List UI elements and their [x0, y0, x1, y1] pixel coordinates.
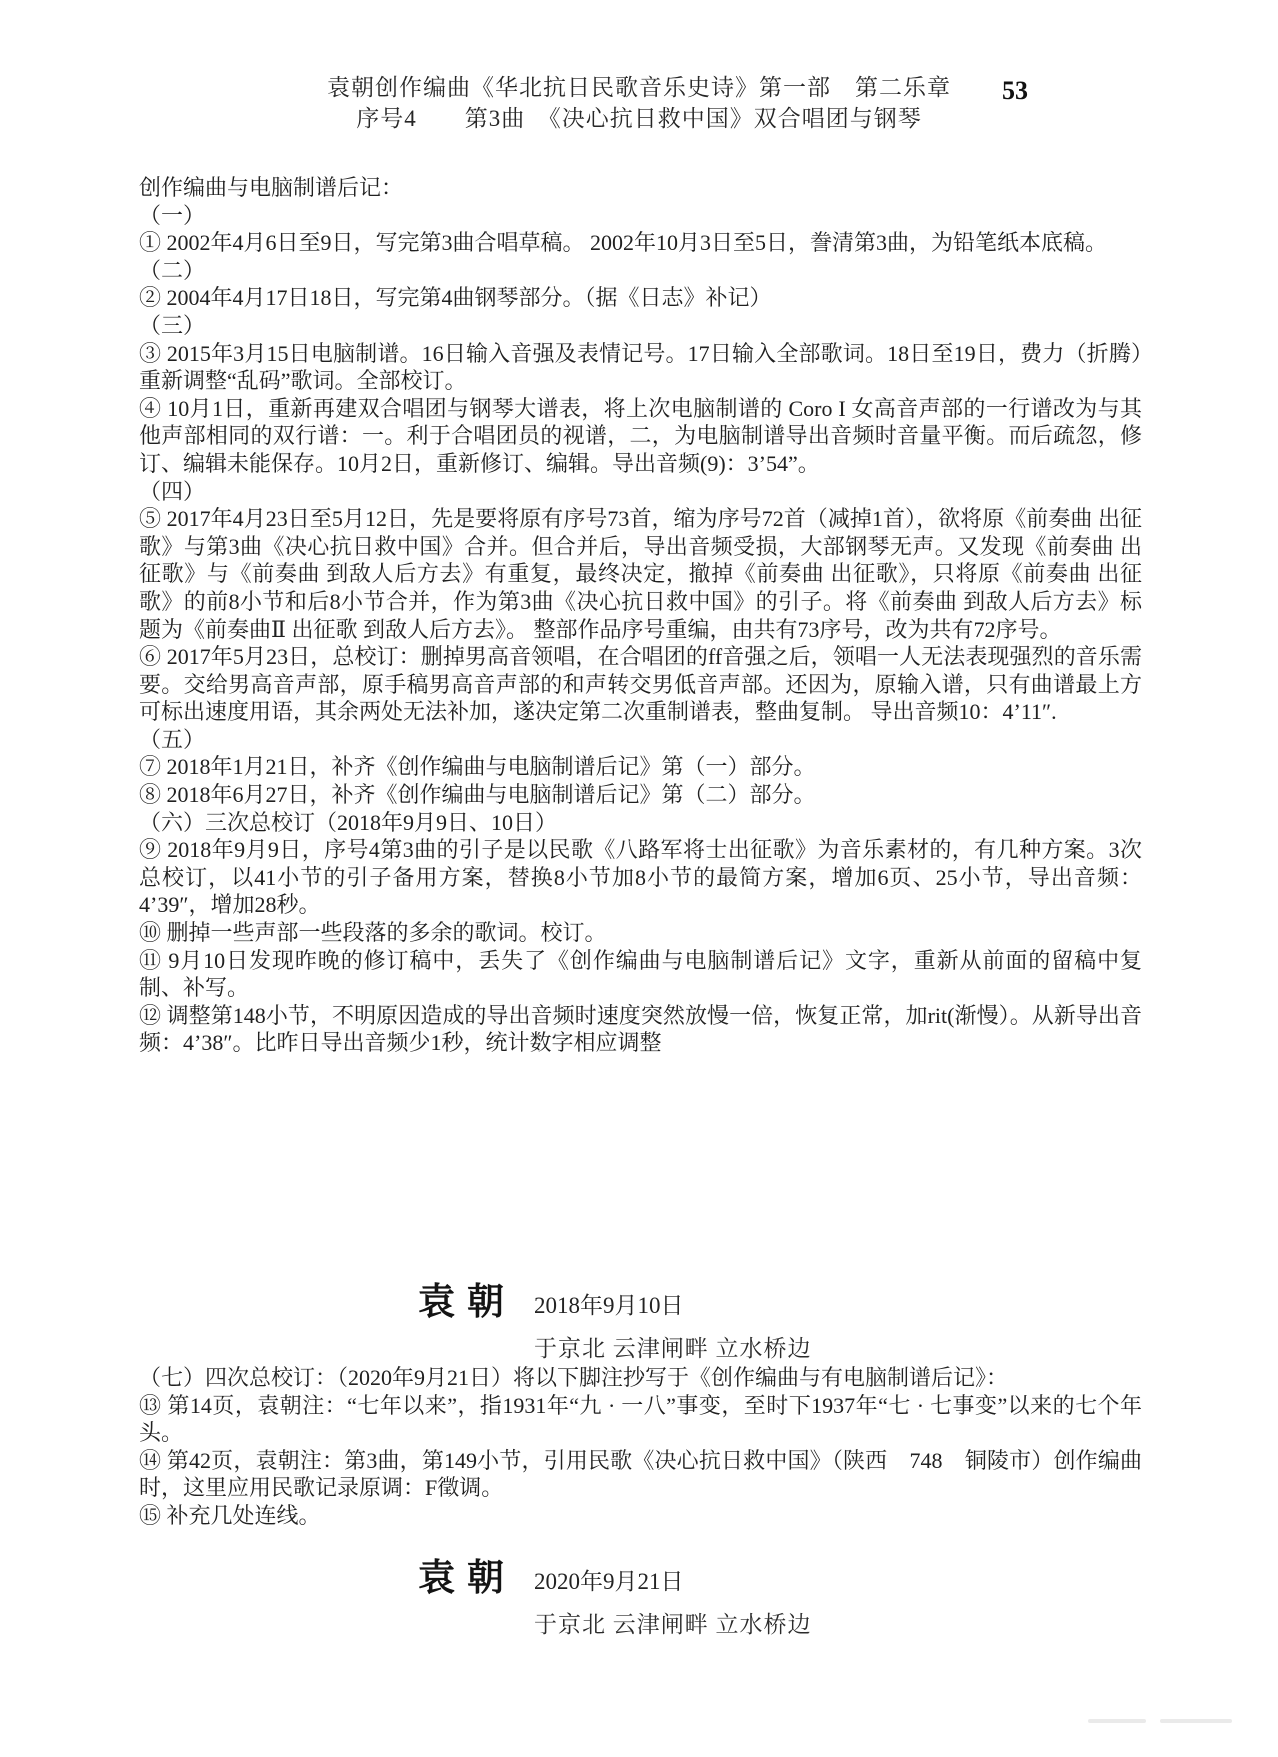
author-name: 袁朝: [418, 1282, 516, 1322]
postscript-paragraph: ⑪ 9月10日发现昨晚的修订稿中，丢失了《创作编曲与电脑制谱后记》文字，重新从前…: [139, 947, 1142, 1002]
signature-details: 2020年9月21日 于京北 云津闸畔 立水桥边: [534, 1558, 812, 1638]
postscript-paragraph: ⑨ 2018年9月9日，序号4第3曲的引子是以民歌《八路军将士出征歌》为音乐素材…: [139, 836, 1142, 919]
postscript-paragraph: （四）: [139, 478, 1142, 506]
postscript-paragraph: （二）: [139, 257, 1142, 285]
section-seven-paragraph: ⑮ 补充几处连线。: [139, 1502, 1142, 1530]
postscript-paragraph: ⑤ 2017年4月23日至5月12日，先是要将原有序号73首，缩为序号72首（减…: [139, 505, 1142, 643]
postscript-paragraph: （六）三次总校订（2018年9月9日、10日）: [139, 809, 1142, 837]
section-seven: （七）四次总校订：（2020年9月21日）将以下脚注抄写于《创作编曲与有电脑制谱…: [139, 1364, 1142, 1530]
header-title-line2: 序号4 第3曲 《决心抗日救中国》双合唱团与钢琴: [0, 103, 1278, 134]
signature-place: 于京北 云津闸畔 立水桥边: [534, 1611, 812, 1638]
signature-block-2018: 袁朝 2018年9月10日 于京北 云津闸畔 立水桥边: [418, 1282, 812, 1362]
postscript-paragraph: ⑫ 调整第148小节，不明原因造成的导出音频时速度突然放慢一倍，恢复正常，加ri…: [139, 1002, 1142, 1057]
postscript-paragraph: （三）: [139, 312, 1142, 340]
page-header: 袁朝创作编曲《华北抗日民歌音乐史诗》第一部 第二乐章 序号4 第3曲 《决心抗日…: [0, 72, 1278, 134]
section-seven-paragraph: ⑭ 第42页，袁朝注：第3曲，第149小节，引用民歌《决心抗日救中国》（陕西 7…: [139, 1447, 1142, 1502]
page-number: 53: [1002, 76, 1028, 106]
author-name: 袁朝: [418, 1558, 516, 1598]
postscript-paragraphs: （一） ① 2002年4月6日至9日，写完第3曲合唱草稿。 2002年10月3日…: [139, 202, 1142, 1057]
postscript-body: 创作编曲与电脑制谱后记： （一） ① 2002年4月6日至9日，写完第3曲合唱草…: [139, 174, 1142, 1057]
postscript-paragraph: ⑦ 2018年1月21日，补齐《创作编曲与电脑制谱后记》第（一）部分。: [139, 753, 1142, 781]
section-seven-intro: （七）四次总校订：（2020年9月21日）将以下脚注抄写于《创作编曲与有电脑制谱…: [139, 1364, 1142, 1392]
signature-date: 2018年9月10日: [534, 1292, 812, 1319]
section-seven-paragraph: ⑬ 第14页，袁朝注：“七年以来”，指1931年“九 · 一八”事变，至时下19…: [139, 1392, 1142, 1447]
signature-place: 于京北 云津闸畔 立水桥边: [534, 1335, 812, 1362]
postscript-paragraph: （一）: [139, 202, 1142, 230]
postscript-paragraph: ⑩ 删掉一些声部一些段落的多余的歌词。校订。: [139, 919, 1142, 947]
signature-details: 2018年9月10日 于京北 云津闸畔 立水桥边: [534, 1282, 812, 1362]
postscript-paragraph: ④ 10月1日，重新再建双合唱团与钢琴大谱表，将上次电脑制谱的 Coro I 女…: [139, 395, 1142, 478]
watermark-smudge: [1160, 1719, 1232, 1723]
signature-date: 2020年9月21日: [534, 1568, 812, 1595]
postscript-paragraph: ⑧ 2018年6月27日，补齐《创作编曲与电脑制谱后记》第（二）部分。: [139, 781, 1142, 809]
postscript-paragraph: （五）: [139, 726, 1142, 754]
header-title-line1: 袁朝创作编曲《华北抗日民歌音乐史诗》第一部 第二乐章: [0, 72, 1278, 103]
signature-block-2020: 袁朝 2020年9月21日 于京北 云津闸畔 立水桥边: [418, 1558, 812, 1638]
watermark-smudge: [1088, 1719, 1146, 1723]
postscript-paragraph: ② 2004年4月17日18日，写完第4曲钢琴部分。（据《日志》补记）: [139, 284, 1142, 312]
section-seven-paragraphs: ⑬ 第14页，袁朝注：“七年以来”，指1931年“九 · 一八”事变，至时下19…: [139, 1392, 1142, 1530]
postscript-paragraph: ① 2002年4月6日至9日，写完第3曲合唱草稿。 2002年10月3日至5日，…: [139, 229, 1142, 257]
postscript-heading: 创作编曲与电脑制谱后记：: [139, 174, 1142, 202]
postscript-paragraph: ⑥ 2017年5月23日，总校订：删掉男高音领唱，在合唱团的ff音强之后，领唱一…: [139, 643, 1142, 726]
scan-watermark: [1088, 1716, 1238, 1726]
document-page: 袁朝创作编曲《华北抗日民歌音乐史诗》第一部 第二乐章 序号4 第3曲 《决心抗日…: [0, 0, 1278, 1757]
postscript-paragraph: ③ 2015年3月15日电脑制谱。16日输入音强及表情记号。17日输入全部歌词。…: [139, 340, 1142, 395]
